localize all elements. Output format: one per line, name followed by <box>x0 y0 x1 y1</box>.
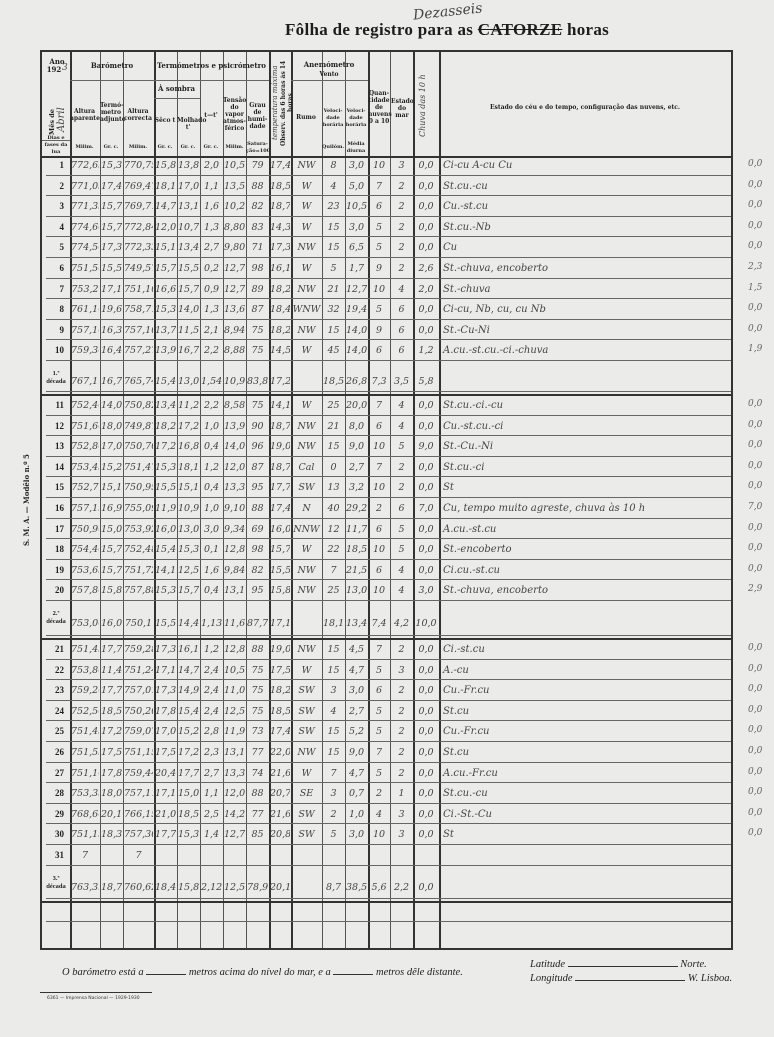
decade-seco: 18,42 <box>155 875 176 901</box>
day-number: 7 <box>44 284 64 294</box>
cell-grau: 87 <box>247 458 268 479</box>
cell-nuv: 5 <box>369 722 389 743</box>
latitude-line: Latitude Norte. <box>530 957 707 970</box>
cell-tens: 10,25 <box>224 197 245 218</box>
cell-tadj: 15,1 <box>101 478 122 499</box>
cell-seco: 17,8 <box>155 702 176 723</box>
a-sombra-header: À sombra <box>154 85 199 92</box>
form-title: Fôlha de registro para as CATORZE horas <box>285 20 609 40</box>
margin-note: 0,0 <box>748 564 762 574</box>
termometro-adjunto-header: Termó-metro adjunto <box>100 102 122 123</box>
margin-note: 0,0 <box>748 303 762 313</box>
cell-rumo: W <box>292 341 321 362</box>
vento-header: Vento <box>291 71 367 78</box>
cell-tadj <box>101 846 122 867</box>
cell-alt: 751,15 <box>71 825 99 846</box>
cell-tadj: 17,5 <box>101 743 122 764</box>
cell-molh <box>178 846 199 867</box>
cell-molh: 14,9 <box>178 681 199 702</box>
cell-molh: 18,1 <box>178 458 199 479</box>
rumo-header: Rumo <box>291 114 321 121</box>
cell-molh: 15,7 <box>178 581 199 602</box>
sky-observation: A.cu.-st.cu.-ci.-chuva <box>443 345 548 356</box>
cell-seco: 14,7 <box>155 197 176 218</box>
cell-velm: 20,0 <box>346 396 367 417</box>
decade-grau: 78,9 <box>247 875 268 901</box>
cell-alt: 759,30 <box>71 341 99 362</box>
row-rule <box>70 80 269 81</box>
distance-blank[interactable] <box>333 965 373 975</box>
cell-seco: 17,0 <box>155 722 176 743</box>
sky-observation: A.cu.-st.cu <box>443 524 496 535</box>
cell-seco: 16,6 <box>155 280 176 301</box>
cell-tadj: 20,1 <box>101 805 122 826</box>
title-struck-hour: CATORZE <box>478 20 563 39</box>
altura-correcta-header: Altura correcta <box>123 108 153 122</box>
cell-velh: 40 <box>323 499 344 520</box>
decade-grau: 87,7 <box>247 610 268 638</box>
cell-max: 22,0 <box>270 743 290 764</box>
cell-grau: 77 <box>247 805 268 826</box>
cell-nuv: 10 <box>369 156 389 177</box>
cell-alt: 751,55 <box>71 743 99 764</box>
cell-nuv: 10 <box>369 478 389 499</box>
cell-tadj: 16,3 <box>101 321 122 342</box>
day-number: 16 <box>44 503 64 513</box>
cell-tadj: 17,4 <box>101 177 122 198</box>
cell-tens: 13,59 <box>224 177 245 198</box>
cell-rumo: NW <box>292 280 321 301</box>
sky-observation: St.-encoberto <box>443 544 512 555</box>
cell-grau: 96 <box>247 437 268 458</box>
cell-rumo: NW <box>292 238 321 259</box>
margin-note: 1,9 <box>748 344 762 354</box>
cell-max: 18,5 <box>270 702 290 723</box>
sky-observation: Cu <box>443 242 457 253</box>
decade-tadj: 18,70 <box>101 875 122 901</box>
sky-observation: Cu.-Fr.cu <box>443 685 490 696</box>
latitude-label: Latitude <box>530 959 565 970</box>
cell-corr: 759,28 <box>124 640 153 661</box>
cell-tt: 1,1 <box>201 177 222 198</box>
cell-velm: 5,0 <box>346 177 367 198</box>
cell-prec: 0,0 <box>414 177 438 198</box>
cell-molh: 13,0 <box>178 520 199 541</box>
cell-prec: 0,0 <box>414 197 438 218</box>
unit-quilom: Quilóm. <box>322 144 344 151</box>
barometer-text-b: metros acima do nível do mar, e a <box>189 967 331 978</box>
cell-seco: 12,0 <box>155 218 176 239</box>
cell-mar: 6 <box>391 341 412 362</box>
cell-rumo: NW <box>292 437 321 458</box>
cell-grau: 69 <box>247 520 268 541</box>
cell-rumo: W <box>292 540 321 561</box>
cell-velh: 15 <box>323 743 344 764</box>
cell-mar: 4 <box>391 396 412 417</box>
cell-prec: 0,0 <box>414 805 438 826</box>
cell-mar: 2 <box>391 218 412 239</box>
cell-tt: 2,8 <box>201 722 222 743</box>
cell-max: 19,0 <box>270 640 290 661</box>
cell-tens: 12,88 <box>224 640 245 661</box>
sky-observation: St.cu.-Nb <box>443 222 491 233</box>
cell-nuv: 7 <box>369 458 389 479</box>
cell-corr: 759,44 <box>124 764 153 785</box>
cell-nuv: 2 <box>369 499 389 520</box>
cell-grau: 75 <box>247 396 268 417</box>
cell-tt: 2,2 <box>201 396 222 417</box>
decade-alt: 763,390 <box>71 875 99 901</box>
margin-note: 0,0 <box>748 828 762 838</box>
cell-mar: 2 <box>391 177 412 198</box>
cell-grau: 83 <box>247 218 268 239</box>
decade-mar: 3,5 <box>391 370 412 394</box>
cell-velh: 7 <box>323 561 344 582</box>
cell-corr: 750,82 <box>124 396 153 417</box>
cell-prec: 0,0 <box>414 156 438 177</box>
altitude-blank[interactable] <box>146 965 186 975</box>
cell-molh: 15,2 <box>178 722 199 743</box>
cell-nuv: 6 <box>369 197 389 218</box>
cell-alt: 751,60 <box>71 417 99 438</box>
cell-rumo: NW <box>292 417 321 438</box>
margin-note: 0,0 <box>748 767 762 777</box>
cell-velh: 0 <box>323 458 344 479</box>
column-rule <box>439 52 441 948</box>
cell-tens: 8,58 <box>224 396 245 417</box>
sky-observation: St.-chuva, encoberto <box>443 585 548 596</box>
molhado-header: Molhado t' <box>177 117 199 131</box>
cell-max: 18,7 <box>270 417 290 438</box>
cell-nuv: 6 <box>369 520 389 541</box>
cell-mar: 5 <box>391 520 412 541</box>
margin-note: 0,0 <box>748 664 762 674</box>
cell-rumo: N <box>292 499 321 520</box>
cell-grau: 82 <box>247 561 268 582</box>
cell-max: 17,3 <box>270 238 290 259</box>
cell-tens: 13,63 <box>224 300 245 321</box>
cell-alt: 752,50 <box>71 702 99 723</box>
cell-alt: 759,20 <box>71 681 99 702</box>
decade-label: 3.ª década <box>44 875 68 891</box>
cell-tt: 2,1 <box>201 321 222 342</box>
margin-note: 0,0 <box>748 221 762 231</box>
cell-velm: 21,5 <box>346 561 367 582</box>
cell-rumo: SW <box>292 825 321 846</box>
day-number: 8 <box>44 304 64 314</box>
cell-prec: 2,6 <box>414 259 438 280</box>
cell-prec: 0,0 <box>414 661 438 682</box>
cell-alt: 753,65 <box>71 561 99 582</box>
day-number: 9 <box>44 325 64 335</box>
cell-mar: 2 <box>391 238 412 259</box>
cell-rumo: W <box>292 661 321 682</box>
cell-prec: 2,0 <box>414 280 438 301</box>
cell-max: 17,7 <box>270 478 290 499</box>
cell-grau: 75 <box>247 321 268 342</box>
cell-velh: 22 <box>323 540 344 561</box>
cell-alt: 772,65 <box>71 156 99 177</box>
cell-velm: 1,0 <box>346 805 367 826</box>
longitude-blank[interactable] <box>575 971 685 981</box>
cell-corr: 751,15 <box>124 743 153 764</box>
cell-max: 18,2 <box>270 321 290 342</box>
decade-seco: 15,49 <box>155 370 176 394</box>
decade-velh: 18,5 <box>323 370 344 394</box>
latitude-blank[interactable] <box>568 957 678 967</box>
cell-tadj: 15,3 <box>101 156 122 177</box>
sky-observation: St.cu.-ci.-cu <box>443 400 503 411</box>
precip-hand: Chuva das 10 h <box>418 60 427 152</box>
cell-alt: 753,45 <box>71 458 99 479</box>
cell-nuv: 7 <box>369 640 389 661</box>
decade-molh: 13,05 <box>178 370 199 394</box>
cell-velm: 6,5 <box>346 238 367 259</box>
barometer-text-c: metros dêle distante. <box>376 967 463 978</box>
cell-max <box>270 846 290 867</box>
cell-corr: 750,70 <box>124 437 153 458</box>
cell-seco: 15,5 <box>155 478 176 499</box>
cell-grau: 88 <box>247 177 268 198</box>
margin-note: 0,0 <box>748 241 762 251</box>
cell-nuv: 4 <box>369 805 389 826</box>
cell-velh <box>323 846 344 867</box>
day-number: 10 <box>44 345 64 355</box>
cell-grau: 74 <box>247 764 268 785</box>
cell-velh: 12 <box>323 520 344 541</box>
decade-max: 17,10 <box>270 610 290 638</box>
cell-velm: 19,4 <box>346 300 367 321</box>
cell-tt: 2,2 <box>201 341 222 362</box>
cell-tens: 8,80 <box>224 218 245 239</box>
cell-tt: 1,6 <box>201 561 222 582</box>
decade-tens: 12,598 <box>224 875 245 901</box>
cell-velh: 15 <box>323 218 344 239</box>
cell-grau: 75 <box>247 661 268 682</box>
sky-observation: A.cu.-Fr.cu <box>443 768 498 779</box>
cell-tadj: 11,4 <box>101 661 122 682</box>
cell-max: 14,5 <box>270 341 290 362</box>
cell-seco: 15,8 <box>155 156 176 177</box>
margin-note: 0,0 <box>748 808 762 818</box>
cell-velm: 11,7 <box>346 520 367 541</box>
cell-seco: 16,0 <box>155 520 176 541</box>
cell-max: 18,7 <box>270 458 290 479</box>
margin-note: 2,3 <box>748 262 762 272</box>
cell-velm: 3,0 <box>346 218 367 239</box>
cell-prec: 0,0 <box>414 478 438 499</box>
sky-observation: St.-chuva, encoberto <box>443 263 548 274</box>
cell-molh: 16,7 <box>178 341 199 362</box>
cell-tt: 0,2 <box>201 259 222 280</box>
decade-prec: 10,0 <box>414 610 438 638</box>
cell-nuv: 10 <box>369 825 389 846</box>
cell-corr: 750,20 <box>124 702 153 723</box>
cell-velm: 3,0 <box>346 825 367 846</box>
cell-tadj: 18,0 <box>101 417 122 438</box>
cell-prec: 0,0 <box>414 321 438 342</box>
cell-molh: 13,8 <box>178 156 199 177</box>
cell-seco: 17,1 <box>155 661 176 682</box>
cell-seco: 18,2 <box>155 417 176 438</box>
decade-alt: 753,005 <box>71 610 99 638</box>
day-number: 29 <box>44 809 64 819</box>
cell-velm: 9,0 <box>346 437 367 458</box>
cell-velm: 4,5 <box>346 640 367 661</box>
cell-prec: 0,0 <box>414 300 438 321</box>
cell-prec: 1,2 <box>414 341 438 362</box>
day-number: 4 <box>44 222 64 232</box>
cell-molh: 15,3 <box>178 825 199 846</box>
day-number: 27 <box>44 768 64 778</box>
sky-observation: Cu.-st.cu <box>443 201 488 212</box>
tensao-header: Tensão do vapor atmos-férico <box>223 97 246 132</box>
cell-molh: 15,4 <box>178 702 199 723</box>
anemometro-header: Anemómetro <box>291 61 367 68</box>
cell-mar: 2 <box>391 458 412 479</box>
cell-velh: 3 <box>323 681 344 702</box>
cell-alt: 774,60 <box>71 218 99 239</box>
cell-velm: 14,0 <box>346 341 367 362</box>
cell-grau: 95 <box>247 478 268 499</box>
longitude-line: Longitude W. Lisboa. <box>530 971 732 984</box>
cell-grau: 75 <box>247 341 268 362</box>
unit-grc: Gr. c. <box>100 144 122 151</box>
cell-grau: 75 <box>247 702 268 723</box>
cell-velh: 2 <box>323 805 344 826</box>
cell-grau: 77 <box>247 743 268 764</box>
unit-milim: Milim. <box>123 144 153 151</box>
cell-rumo: WNW <box>292 300 321 321</box>
margin-note: 0,0 <box>748 461 762 471</box>
cell-max: 17,4 <box>270 499 290 520</box>
cell-tens: 14,01 <box>224 437 245 458</box>
cell-mar: 6 <box>391 499 412 520</box>
cell-velh: 25 <box>323 396 344 417</box>
cell-corr: 752,48 <box>124 540 153 561</box>
cell-corr: 753,92 <box>124 520 153 541</box>
sky-observation: St.-Cu-Ni <box>443 325 490 336</box>
cell-tens: 8,88 <box>224 341 245 362</box>
cell-prec: 3,0 <box>414 581 438 602</box>
cell-tt: 2,7 <box>201 764 222 785</box>
cell-tadj: 18,0 <box>101 784 122 805</box>
cell-alt: 751,10 <box>71 764 99 785</box>
cell-molh: 11,5 <box>178 321 199 342</box>
cell-max: 14,1 <box>270 396 290 417</box>
sky-observation: St.-Cu.-Ni <box>443 441 493 452</box>
cell-velm <box>346 846 367 867</box>
cell-seco: 17,2 <box>155 437 176 458</box>
cell-molh: 18,5 <box>178 805 199 826</box>
cell-rumo: SW <box>292 478 321 499</box>
cell-prec: 0,0 <box>414 784 438 805</box>
cell-tt: 0,9 <box>201 280 222 301</box>
cell-tens: 12,71 <box>224 280 245 301</box>
cell-seco: 21,0 <box>155 805 176 826</box>
cell-mar: 6 <box>391 300 412 321</box>
cell-max: 19,0 <box>270 437 290 458</box>
cell-max: 18,4 <box>270 300 290 321</box>
cell-mar: 2 <box>391 681 412 702</box>
cell-nuv: 5 <box>369 764 389 785</box>
cell-tadj: 15,7 <box>101 218 122 239</box>
cell-prec: 0,0 <box>414 743 438 764</box>
cell-rumo: NW <box>292 743 321 764</box>
cell-velm: 29,2 <box>346 499 367 520</box>
cell-mar: 3 <box>391 661 412 682</box>
cell-rumo: W <box>292 396 321 417</box>
nuvens-header: Quan-tidade de nuvens 0 a 10 <box>368 90 390 125</box>
cell-tadj: 15,7 <box>101 197 122 218</box>
cell-mar: 4 <box>391 581 412 602</box>
cell-rumo: W <box>292 764 321 785</box>
margin-note: 0,0 <box>748 705 762 715</box>
sky-observation: A.-cu <box>443 665 469 676</box>
cell-tadj: 17,7 <box>101 640 122 661</box>
cell-seco: 17,7 <box>155 825 176 846</box>
cell-tens: 9,84 <box>224 561 245 582</box>
day-number: 19 <box>44 565 64 575</box>
cell-alt: 751,50 <box>71 259 99 280</box>
cell-tens <box>224 846 245 867</box>
cell-seco: 17,3 <box>155 681 176 702</box>
cell-rumo: NW <box>292 156 321 177</box>
cell-corr: 758,71 <box>124 300 153 321</box>
cell-alt: 753,35 <box>71 784 99 805</box>
cell-nuv <box>369 846 389 867</box>
title-suffix: horas <box>567 20 609 39</box>
cell-rumo: NW <box>292 581 321 602</box>
day-number: 18 <box>44 544 64 554</box>
cell-tadj: 17,7 <box>101 681 122 702</box>
cell-tens: 8,94 <box>224 321 245 342</box>
cell-tadj: 15,5 <box>101 259 122 280</box>
cell-prec: 0,0 <box>414 764 438 785</box>
cell-prec: 9,0 <box>414 437 438 458</box>
cell-prec: 0,0 <box>414 396 438 417</box>
cell-velm: 1,7 <box>346 259 367 280</box>
sky-observation: Ci.cu.-st.cu <box>443 565 500 576</box>
cell-prec: 0,0 <box>414 722 438 743</box>
cell-corr: 757,10 <box>124 321 153 342</box>
day-number: 2 <box>44 181 64 191</box>
cell-nuv: 6 <box>369 561 389 582</box>
margin-note: 2,9 <box>748 584 762 594</box>
cell-nuv: 2 <box>369 784 389 805</box>
cell-velh: 7 <box>323 764 344 785</box>
cell-corr: 766,15 <box>124 805 153 826</box>
cell-grau: 88 <box>247 640 268 661</box>
cell-seco: 11,9 <box>155 499 176 520</box>
cell-nuv: 7 <box>369 177 389 198</box>
sky-observation: St.cu.-ci <box>443 462 484 473</box>
cell-velh: 4 <box>323 177 344 198</box>
cell-tt: 1,1 <box>201 784 222 805</box>
cell-alt: 757,80 <box>71 581 99 602</box>
cell-molh: 14,0 <box>178 300 199 321</box>
mar-header: Estado do mar <box>391 98 413 119</box>
cell-prec: 0,0 <box>414 520 438 541</box>
cell-max: 15,8 <box>270 581 290 602</box>
decade-tens: 10,98 <box>224 370 245 394</box>
cell-seco: 13,4 <box>155 396 176 417</box>
cell-molh: 10,9 <box>178 499 199 520</box>
margin-note: 0,0 <box>748 324 762 334</box>
cell-velh: 15 <box>323 640 344 661</box>
cell-tens: 11,08 <box>224 681 245 702</box>
cell-alt: 771,35 <box>71 197 99 218</box>
